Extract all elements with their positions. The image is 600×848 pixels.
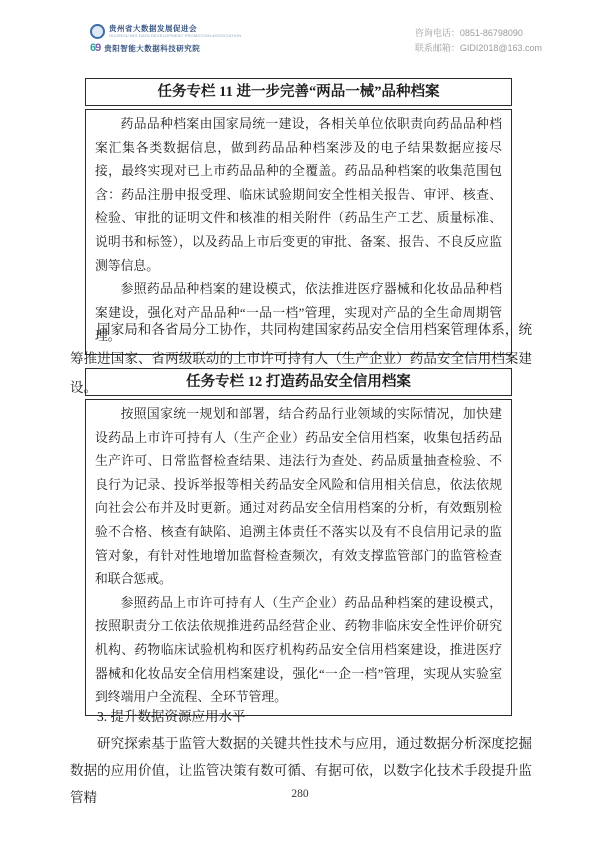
association-subtitle: GUIZHOU BIG DATA DEVELOPMENT PROMOTION A… (109, 33, 241, 38)
task-box-11-paragraph-1: 药品品种档案由国家局统一建设，各相关单位依职责向药品品种档案汇集各类数据信息，做… (95, 113, 502, 278)
header-contact: 咨询电话：0851-86798090 联系邮箱：GIDI2018@163.com (415, 26, 542, 56)
contact-phone: 咨询电话：0851-86798090 (415, 26, 542, 41)
task-box-12-title: 任务专栏 12 打造药品安全信用档案 (85, 368, 512, 396)
task-box-12-body: 按照国家统一规划和部署，结合药品行业领域的实际情况，加快建设药品上市许可持有人（… (85, 399, 512, 716)
task-box-12-paragraph-1: 按照国家统一规划和部署，结合药品行业领域的实际情况，加快建设药品上市许可持有人（… (95, 403, 502, 592)
logo-association: 贵州省大数据发展促进会 GUIZHOU BIG DATA DEVELOPMENT… (90, 24, 241, 39)
task-box-11-title: 任务专栏 11 进一步完善“两品一械”品种档案 (85, 78, 512, 106)
institute-name: 贵阳智能大数据科技研究院 (104, 45, 200, 53)
document-page: 贵州省大数据发展促进会 GUIZHOU BIG DATA DEVELOPMENT… (0, 0, 600, 848)
institute-spiral-icon: 69 (90, 43, 100, 54)
contact-email: 联系邮箱：GIDI2018@163.com (415, 41, 542, 56)
section-3-heading: 3. 提升数据资源应用水平 (70, 703, 532, 730)
association-name: 贵州省大数据发展促进会 (109, 25, 241, 33)
task-box-12: 任务专栏 12 打造药品安全信用档案 按照国家统一规划和部署，结合药品行业领域的… (85, 368, 512, 716)
header-logos: 贵州省大数据发展促进会 GUIZHOU BIG DATA DEVELOPMENT… (90, 24, 241, 58)
task-box-11: 任务专栏 11 进一步完善“两品一械”品种档案 药品品种档案由国家局统一建设，各… (85, 78, 512, 355)
page-number: 280 (0, 788, 600, 800)
association-emblem-icon (90, 24, 105, 39)
task-box-12-paragraph-2: 参照药品上市许可持有人（生产企业）药品品种档案的建设模式，按照职责分工依法依规推… (95, 592, 502, 710)
logo-institute: 69 贵阳智能大数据科技研究院 (90, 43, 241, 54)
